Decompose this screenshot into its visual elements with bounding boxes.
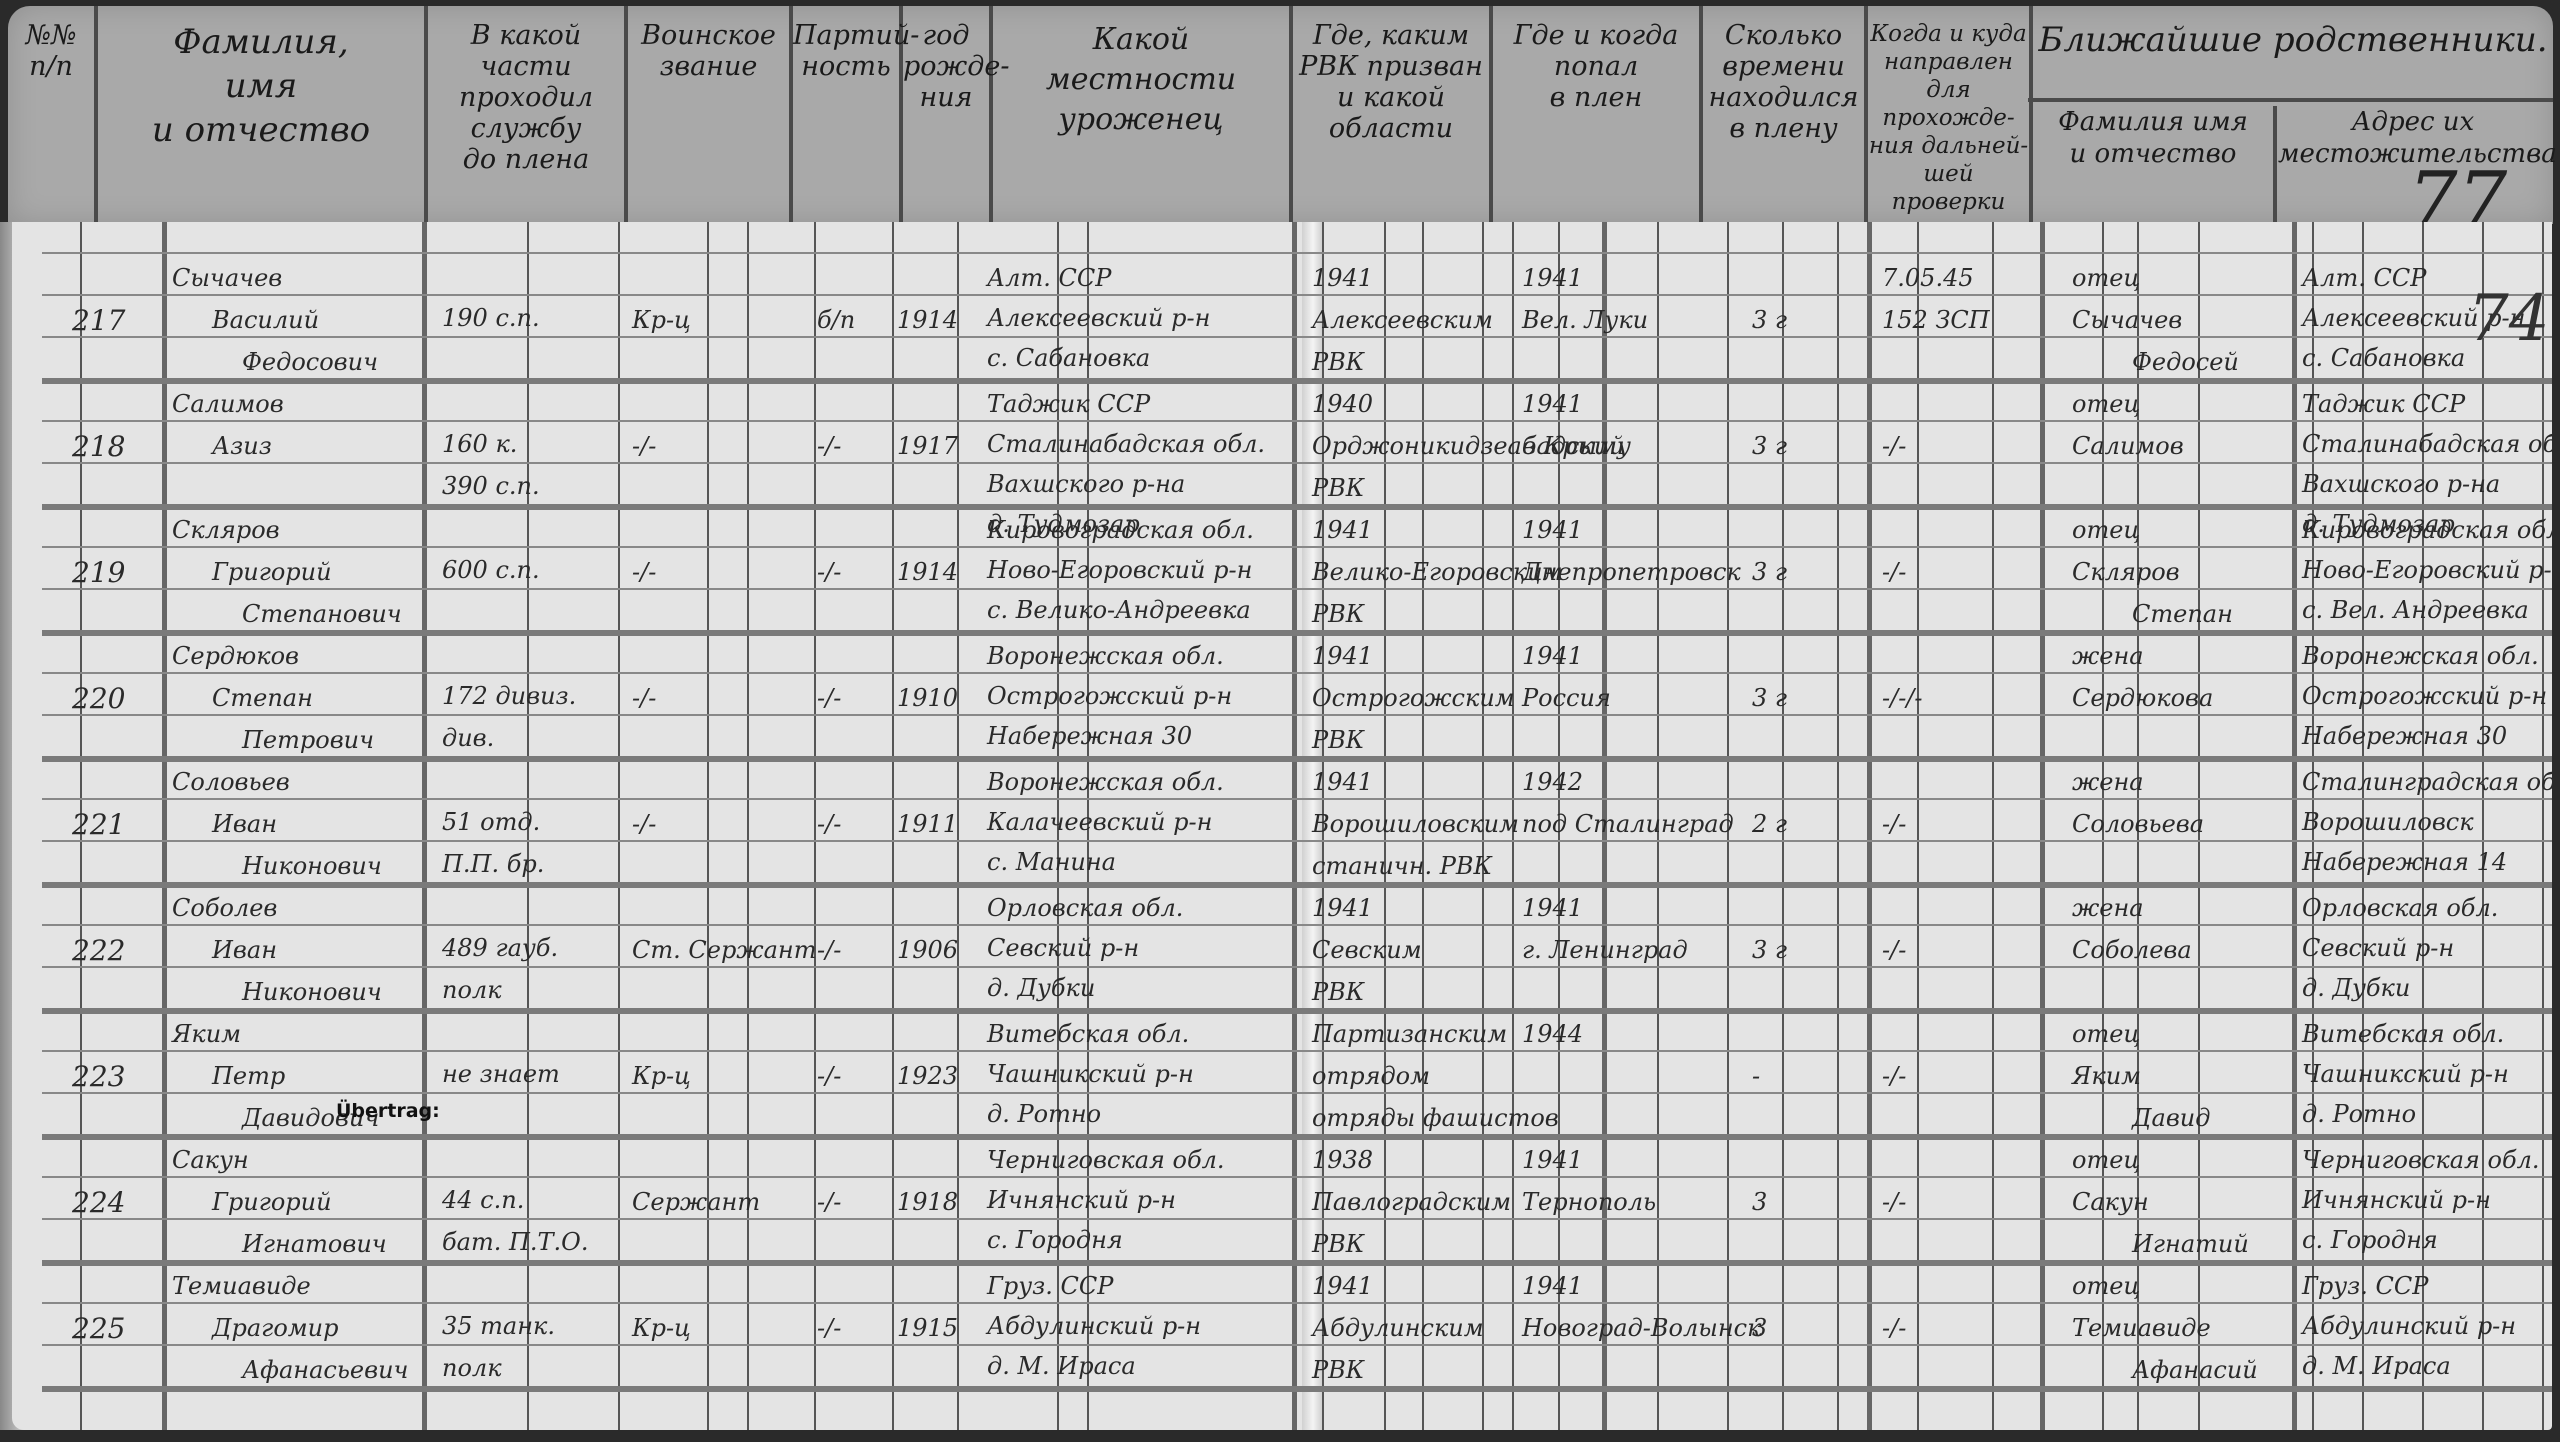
grid-row-line: [42, 714, 2552, 716]
grid-column-line: [2292, 222, 2297, 1430]
record-first-name: Азиз: [212, 432, 272, 460]
record-unit: 44 с.п.: [442, 1186, 524, 1214]
record-sent: 152 ЗСП: [1882, 306, 1990, 334]
record-party: -/-: [817, 936, 841, 964]
grid-row-line: [42, 1008, 2552, 1014]
record-address: Сталинградская обл.: [2302, 768, 2552, 796]
grid-column-line: [707, 222, 709, 1430]
grid-row-line: [42, 1092, 2552, 1094]
grid-row-line: [42, 420, 2552, 422]
record-captured: Новоград-Волынск: [1522, 1314, 1761, 1342]
header-col-captured: Где и когда попал в плен: [1493, 6, 1703, 224]
grid-row-line: [42, 630, 2552, 636]
record-party: -/-: [817, 432, 841, 460]
record-origin: д. Дубки: [987, 974, 1095, 1002]
record-unit: 172 дивиз.: [442, 682, 576, 710]
record-captured: 1941: [1522, 390, 1583, 418]
record-captured: 1942: [1522, 768, 1583, 796]
record-unit: див.: [442, 724, 494, 752]
record-drafted: Севским: [1312, 936, 1422, 964]
record-birth-year: 1911: [897, 810, 958, 838]
grid-column-line: [814, 222, 816, 1430]
record-drafted: 1941: [1312, 894, 1373, 922]
record-drafted: 1938: [1312, 1146, 1373, 1174]
record-birth-year: 1918: [897, 1188, 958, 1216]
record-number: 222: [72, 934, 125, 967]
record-origin: Сталинабадская обл.: [987, 430, 1265, 458]
record-address: Ново-Егоровский р-н: [2302, 556, 2552, 584]
record-relative: Сычачев: [2072, 306, 2182, 334]
record-unit: не знает: [442, 1060, 560, 1088]
grid-column-line: [2542, 222, 2544, 1430]
record-sent: -/-: [1882, 1062, 1906, 1090]
record-origin: Алексеевский р-н: [987, 304, 1210, 332]
record-unit: полк: [442, 976, 502, 1004]
record-origin: Ичнянский р-н: [987, 1186, 1176, 1214]
record-drafted: Алексеевским: [1312, 306, 1493, 334]
header-col-num: №№ п/п: [8, 6, 98, 224]
record-first-name: Иван: [212, 810, 277, 838]
record-origin: Таджик ССР: [987, 390, 1150, 418]
record-origin: Воронежская обл.: [987, 768, 1224, 796]
record-rank: Кр-ц: [632, 306, 691, 334]
record-rank: -/-: [632, 684, 656, 712]
record-origin: с. Сабановка: [987, 344, 1150, 372]
record-unit: П.П. бр.: [442, 850, 544, 878]
grid-row-line: [42, 840, 2552, 842]
record-first-name: Степан: [212, 684, 313, 712]
record-relative: Соболева: [2072, 936, 2192, 964]
record-surname: Темиавиде: [172, 1272, 311, 1300]
record-rank: Ст. Сержант: [632, 936, 816, 964]
record-party: б/п: [817, 306, 855, 334]
record-drafted: Ворошиловским: [1312, 810, 1519, 838]
record-origin: Ново-Егоровский р-н: [987, 556, 1252, 584]
record-origin: с. Городня: [987, 1226, 1123, 1254]
record-first-name: Григорий: [212, 1188, 332, 1216]
record-party: -/-: [817, 1314, 841, 1342]
record-drafted: РВК: [1312, 348, 1364, 376]
record-first-name: Василий: [212, 306, 319, 334]
record-birth-year: 1906: [897, 936, 958, 964]
record-captured: 1944: [1522, 1020, 1583, 1048]
record-relative: отец: [2072, 1272, 2140, 1300]
record-captivity: 3: [1752, 1188, 1767, 1216]
record-birth-year: 1910: [897, 684, 958, 712]
record-origin: Севский р-н: [987, 934, 1139, 962]
record-surname: Скляров: [172, 516, 280, 544]
record-birth-year: 1914: [897, 306, 958, 334]
record-relative: отец: [2072, 1146, 2140, 1174]
record-origin: Кировоградская обл.: [987, 516, 1254, 544]
record-drafted: Абдулинским: [1312, 1314, 1484, 1342]
grid-column-line: [747, 222, 749, 1430]
record-drafted: 1941: [1312, 1272, 1373, 1300]
grid-column-line: [1917, 222, 1919, 1430]
record-captured: под Сталинград: [1522, 810, 1734, 838]
record-drafted: 1940: [1312, 390, 1373, 418]
record-patronymic: Степанович: [242, 600, 402, 628]
record-address: Чашникский р-н: [2302, 1060, 2509, 1088]
record-party: -/-: [817, 810, 841, 838]
record-address: с. Вел. Андреевка: [2302, 596, 2529, 624]
grid-row-line: [42, 252, 2552, 254]
record-captured: Россия: [1522, 684, 1611, 712]
record-patronymic: Петрович: [242, 726, 374, 754]
record-drafted: РВК: [1312, 600, 1364, 628]
record-address: Набережная 14: [2302, 848, 2507, 876]
record-origin: Витебская обл.: [987, 1020, 1189, 1048]
record-drafted: РВК: [1312, 1230, 1364, 1258]
record-drafted: 1941: [1312, 642, 1373, 670]
record-address: Набережная 30: [2302, 722, 2507, 750]
grid-column-line: [422, 222, 427, 1430]
grid-row-line: [42, 924, 2552, 926]
uebertrag-stamp: Übertrag:: [336, 1100, 440, 1122]
record-relative: Афанасий: [2132, 1356, 2258, 1384]
record-surname: Сердюков: [172, 642, 299, 670]
record-origin: Вахшского р-на: [987, 470, 1185, 498]
record-captured: 1941: [1522, 1146, 1583, 1174]
ledger-page: 217СычачевВасилийФедосович190 с.п.Кр-цб/…: [12, 222, 2552, 1430]
grid-column-line: [1837, 222, 1839, 1430]
grid-column-line: [162, 222, 167, 1430]
record-rank: Сержант: [632, 1188, 760, 1216]
record-patronymic: Афанасьевич: [242, 1356, 408, 1384]
record-origin: Орловская обл.: [987, 894, 1183, 922]
record-drafted: 1941: [1312, 264, 1373, 292]
grid-row-line: [42, 1344, 2552, 1346]
grid-row-line: [42, 1134, 2552, 1140]
record-sent: -/-: [1882, 1188, 1906, 1216]
record-number: 217: [72, 304, 125, 337]
record-unit: 35 танк.: [442, 1312, 555, 1340]
grid-column-line: [2482, 222, 2484, 1430]
record-address: Ичнянский р-н: [2302, 1186, 2491, 1214]
record-patronymic: Никонович: [242, 852, 382, 880]
record-address: д. Дубки: [2302, 974, 2410, 1002]
record-birth-year: 1915: [897, 1314, 958, 1342]
record-relative: Давид: [2132, 1104, 2210, 1132]
record-captured: Вел. Луки: [1522, 306, 1648, 334]
record-origin: Воронежская обл.: [987, 642, 1224, 670]
record-relative: Федосей: [2132, 348, 2239, 376]
header-relatives-divider: [2028, 98, 2553, 102]
record-origin: Груз. ССР: [987, 1272, 1113, 1300]
record-unit: полк: [442, 1354, 502, 1382]
header-col-rank: Воинское звание: [628, 6, 793, 224]
header-relatives-title: Ближайшие родственники.: [2038, 20, 2548, 60]
record-party: -/-: [817, 1188, 841, 1216]
record-address: Острогожский р-н: [2302, 682, 2547, 710]
record-relative: отец: [2072, 390, 2140, 418]
record-patronymic: Игнатович: [242, 1230, 387, 1258]
record-number: 220: [72, 682, 125, 715]
record-address: Орловская обл.: [2302, 894, 2498, 922]
record-relative: Темиавиде: [2072, 1314, 2211, 1342]
record-relative: отец: [2072, 1020, 2140, 1048]
record-drafted: РВК: [1312, 726, 1364, 754]
header-col-name: Фамилия, имя и отчество: [98, 6, 428, 224]
record-number: 219: [72, 556, 125, 589]
record-relative: отец: [2072, 264, 2140, 292]
record-captivity: 2 г: [1752, 810, 1787, 838]
record-sent: -/-: [1882, 558, 1906, 586]
header-col-relative-name: Фамилия имя и отчество: [2033, 106, 2277, 226]
record-sent: 7.05.45: [1882, 264, 1974, 292]
record-origin: Калачеевский р-н: [987, 808, 1212, 836]
record-party: -/-: [817, 558, 841, 586]
record-surname: Соловьев: [172, 768, 290, 796]
record-surname: Соболев: [172, 894, 277, 922]
header-col-party: Партий- ность: [793, 6, 903, 224]
header-col-captivity: Сколько времени находился в плену: [1703, 6, 1868, 224]
record-address: Абдулинский р-н: [2302, 1312, 2516, 1340]
record-captivity: 3 г: [1752, 684, 1787, 712]
record-rank: -/-: [632, 558, 656, 586]
record-address: д. Ротно: [2302, 1100, 2416, 1128]
grid-row-line: [42, 966, 2552, 968]
record-number: 225: [72, 1312, 125, 1345]
record-address: Вахшского р-на: [2302, 470, 2500, 498]
record-origin: д. М. Ираса: [987, 1352, 1136, 1380]
record-relative: отец: [2072, 516, 2140, 544]
record-origin: с. Велико-Андреевка: [987, 596, 1251, 624]
grid-row-line: [42, 462, 2552, 464]
record-drafted: Партизанским: [1312, 1020, 1507, 1048]
record-address: с. Сабановка: [2302, 344, 2465, 372]
record-sent: -/-/-: [1882, 684, 1923, 712]
record-address: Севский р-н: [2302, 934, 2454, 962]
record-sent: -/-: [1882, 1314, 1906, 1342]
grid-row-line: [42, 1302, 2552, 1304]
record-relative: Яким: [2072, 1062, 2141, 1090]
record-captured: Тернополь: [1522, 1188, 1656, 1216]
record-origin: Черниговская обл.: [987, 1146, 1225, 1174]
record-number: 224: [72, 1186, 125, 1219]
record-first-name: Драгомир: [212, 1314, 338, 1342]
grid-row-line: [42, 1050, 2552, 1052]
grid-row-line: [42, 1386, 2552, 1392]
grid-row-line: [42, 546, 2552, 548]
record-relative: Сердюкова: [2072, 684, 2213, 712]
header-col-drafted: Где, каким РВК призван и какой области: [1293, 6, 1493, 224]
record-party: -/-: [817, 684, 841, 712]
record-captured: 1941: [1522, 894, 1583, 922]
record-rank: -/-: [632, 810, 656, 838]
record-relative: Скляров: [2072, 558, 2180, 586]
record-rank: -/-: [632, 432, 656, 460]
record-address: Кировоградская обл.: [2302, 516, 2552, 544]
record-drafted: 1941: [1312, 516, 1373, 544]
record-origin: Острогожский р-н: [987, 682, 1232, 710]
record-relative: жена: [2072, 894, 2144, 922]
record-address: Воронежская обл.: [2302, 642, 2539, 670]
record-relative: жена: [2072, 768, 2144, 796]
header-col-origin: Какой местности уроженец: [993, 6, 1293, 224]
record-surname: Сакун: [172, 1146, 249, 1174]
record-unit: 600 с.п.: [442, 556, 540, 584]
record-drafted: РВК: [1312, 474, 1364, 502]
record-relative: Салимов: [2072, 432, 2184, 460]
record-relative: Соловьева: [2072, 810, 2204, 838]
record-captivity: 3 г: [1752, 432, 1787, 460]
grid-column-line: [1992, 222, 1994, 1430]
record-drafted: станичн. РВК: [1312, 852, 1492, 880]
record-address: Ворошиловск: [2302, 808, 2474, 836]
grid-column-line: [1292, 222, 1297, 1430]
record-drafted: РВК: [1312, 1356, 1364, 1384]
record-birth-year: 1914: [897, 558, 958, 586]
ledger-header: №№ п/п Фамилия, имя и отчество В какой ч…: [8, 6, 2553, 224]
grid-column-line: [618, 222, 620, 1430]
record-captured: г. Ленинград: [1522, 936, 1688, 964]
folio-stamp: 74: [2468, 282, 2549, 356]
record-first-name: Петр: [212, 1062, 285, 1090]
grid-column-line: [2040, 222, 2045, 1430]
record-address: д. М. Ираса: [2302, 1352, 2451, 1380]
grid-row-line: [42, 336, 2552, 338]
record-unit: 489 гауб.: [442, 934, 558, 962]
record-drafted: Острогожским: [1312, 684, 1515, 712]
record-unit: 51 отд.: [442, 808, 540, 836]
grid-row-line: [42, 504, 2552, 510]
record-relative: Степан: [2132, 600, 2233, 628]
record-origin: Алт. ССР: [987, 264, 1111, 292]
record-sent: -/-: [1882, 810, 1906, 838]
record-captivity: -: [1752, 1062, 1760, 1090]
record-drafted: РВК: [1312, 978, 1364, 1006]
record-party: -/-: [817, 1062, 841, 1090]
record-rank: Кр-ц: [632, 1314, 691, 1342]
record-captured: 1941: [1522, 516, 1583, 544]
record-drafted: 1941: [1312, 768, 1373, 796]
header-col-birth-year: год рожде- ния: [903, 6, 993, 224]
record-origin: Абдулинский р-н: [987, 1312, 1201, 1340]
record-drafted: отряды фашистов: [1312, 1104, 1559, 1132]
record-captured: 1941: [1522, 642, 1583, 670]
record-rank: Кр-ц: [632, 1062, 691, 1090]
record-birth-year: 1923: [897, 1062, 958, 1090]
grid-row-line: [42, 1218, 2552, 1220]
record-address: Витебская обл.: [2302, 1020, 2504, 1048]
header-col-sent: Когда и куда направлен для прохожде- ния…: [1868, 6, 2033, 224]
record-sent: -/-: [1882, 432, 1906, 460]
grid-column-line: [892, 222, 894, 1430]
grid-row-line: [42, 756, 2552, 762]
record-captured: в Крыму: [1522, 432, 1631, 460]
grid-column-line: [1867, 222, 1872, 1430]
record-birth-year: 1917: [897, 432, 958, 460]
record-captured: 1941: [1522, 1272, 1583, 1300]
record-unit: 190 с.п.: [442, 304, 540, 332]
record-captivity: 3 г: [1752, 558, 1787, 586]
grid-row-line: [42, 798, 2552, 800]
grid-row-line: [42, 1260, 2552, 1266]
record-address: Сталинабадская обл.: [2302, 430, 2552, 458]
record-relative: Сакун: [2072, 1188, 2149, 1216]
grid-row-line: [42, 672, 2552, 674]
record-unit: 390 с.п.: [442, 472, 540, 500]
record-origin: д. Ротно: [987, 1100, 1101, 1128]
record-surname: Сычачев: [172, 264, 282, 292]
record-first-name: Григорий: [212, 558, 332, 586]
record-captured: 1941: [1522, 264, 1583, 292]
record-patronymic: Никонович: [242, 978, 382, 1006]
record-number: 218: [72, 430, 125, 463]
grid-row-line: [42, 378, 2552, 384]
record-captivity: 3 г: [1752, 936, 1787, 964]
record-address: Черниговская обл.: [2302, 1146, 2540, 1174]
record-origin: Набережная 30: [987, 722, 1192, 750]
record-address: Таджик ССР: [2302, 390, 2465, 418]
record-address: Алт. ССР: [2302, 264, 2426, 292]
record-captivity: 3 г: [1752, 306, 1787, 334]
record-first-name: Иван: [212, 936, 277, 964]
record-drafted: Павлоградским: [1312, 1188, 1511, 1216]
record-relative: Игнатий: [2132, 1230, 2249, 1258]
record-number: 223: [72, 1060, 125, 1093]
record-patronymic: Федосович: [242, 348, 378, 376]
record-unit: бат. П.Т.О.: [442, 1228, 588, 1256]
record-drafted: отрядом: [1312, 1062, 1430, 1090]
record-sent: -/-: [1882, 936, 1906, 964]
record-origin: с. Манина: [987, 848, 1116, 876]
record-captured: Днепропетровск: [1522, 558, 1741, 586]
record-unit: 160 к.: [442, 430, 517, 458]
record-origin: Чашникский р-н: [987, 1060, 1194, 1088]
record-captivity: 3: [1752, 1314, 1767, 1342]
record-surname: Яким: [172, 1020, 241, 1048]
grid-row-line: [42, 588, 2552, 590]
grid-row-line: [42, 882, 2552, 888]
record-address: Груз. ССР: [2302, 1272, 2428, 1300]
header-col-unit: В какой части проходил службу до плена: [428, 6, 628, 224]
record-number: 221: [72, 808, 125, 841]
record-address: с. Городня: [2302, 1226, 2438, 1254]
record-surname: Салимов: [172, 390, 284, 418]
grid-row-line: [42, 1176, 2552, 1178]
record-relative: жена: [2072, 642, 2144, 670]
grid-row-line: [42, 294, 2552, 296]
